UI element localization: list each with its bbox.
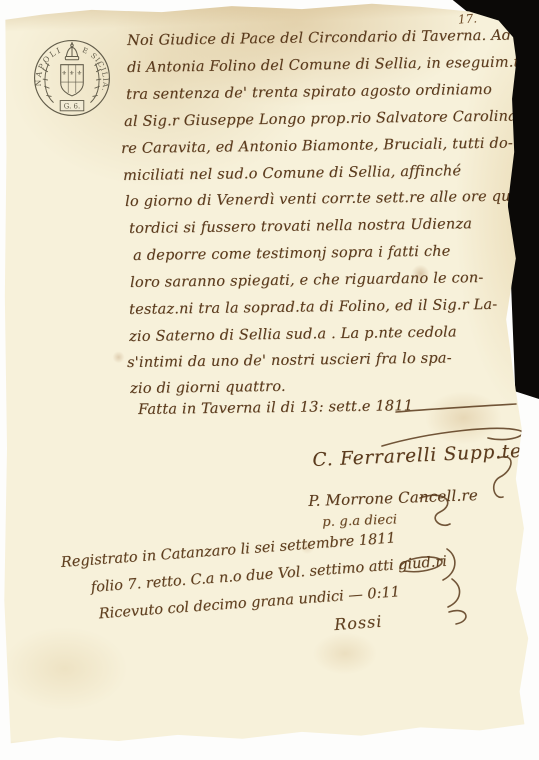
manuscript-line: testaz.ni tra la soprad.ta di Folino, ed… xyxy=(129,297,497,318)
crown-icon xyxy=(65,42,78,59)
svg-text:⚜: ⚜ xyxy=(77,70,83,77)
manuscript-line: tordici si fussero trovati nella nostra … xyxy=(129,216,472,237)
stamp-tablet-text: G. 6. xyxy=(64,102,80,110)
napoli-sicilia-stamp-icon: NAPOLI E SICILIA. xyxy=(31,37,113,119)
manuscript-line: zio Saterno di Sellia sud.a . La p.nte c… xyxy=(129,324,457,345)
manuscript-line: Noi Giudice di Pace del Circondario di T… xyxy=(127,27,539,49)
manuscript-line: di Antonia Folino del Comune di Sellia, … xyxy=(127,54,539,76)
fleur-de-lis-icon: ⚜ ⚜ ⚜ xyxy=(62,70,83,77)
scanned-document: NAPOLI E SICILIA. xyxy=(0,0,539,760)
manuscript-line: s'intimi da uno de' nostri uscieri fra l… xyxy=(127,350,452,371)
svg-text:⚜: ⚜ xyxy=(69,70,75,77)
manuscript-line: lo giorno di Venerdì venti corr.te sett.… xyxy=(125,188,525,210)
clerk-signature: P. Morrone Cancell.re xyxy=(308,486,478,510)
dash-after-date-stroke xyxy=(396,404,516,412)
manuscript-line: miciliati nel sud.o Comune di Sellia, af… xyxy=(123,163,461,184)
manuscript-line: loro saranno spiegati, e che riguardano … xyxy=(130,270,484,291)
manuscript-line: tra sentenza de' trenta spirato agosto o… xyxy=(126,82,492,103)
manuscript-line: al Sig.r Giuseppe Longo prop.rio Salvato… xyxy=(124,108,539,130)
stamp-arc-text-left: NAPOLI xyxy=(34,45,64,86)
judge-signature: C. Ferrarelli Supp.te G. xyxy=(312,440,539,471)
registration-block: Registrato in Catanzaro li sei settembre… xyxy=(60,519,497,658)
document-page: NAPOLI E SICILIA. xyxy=(0,0,539,760)
laurel-branch-icon xyxy=(43,63,101,103)
manuscript-closing-line: Fatta in Taverna il di 13: sett.e 1811 xyxy=(138,398,413,418)
page-number: 17. xyxy=(458,11,478,26)
manuscript-line: zio di giorni quattro. xyxy=(130,379,286,397)
svg-text:⚜: ⚜ xyxy=(62,70,68,77)
manuscript-line: a deporre come testimonj sopra i fatti c… xyxy=(133,244,451,264)
stamp-arc-text-right: E SICILIA. xyxy=(81,45,111,93)
stamp-tablet: G. 6. xyxy=(60,101,84,111)
manuscript-line: re Caravita, ed Antonio Biamonte, Brucia… xyxy=(121,136,513,157)
